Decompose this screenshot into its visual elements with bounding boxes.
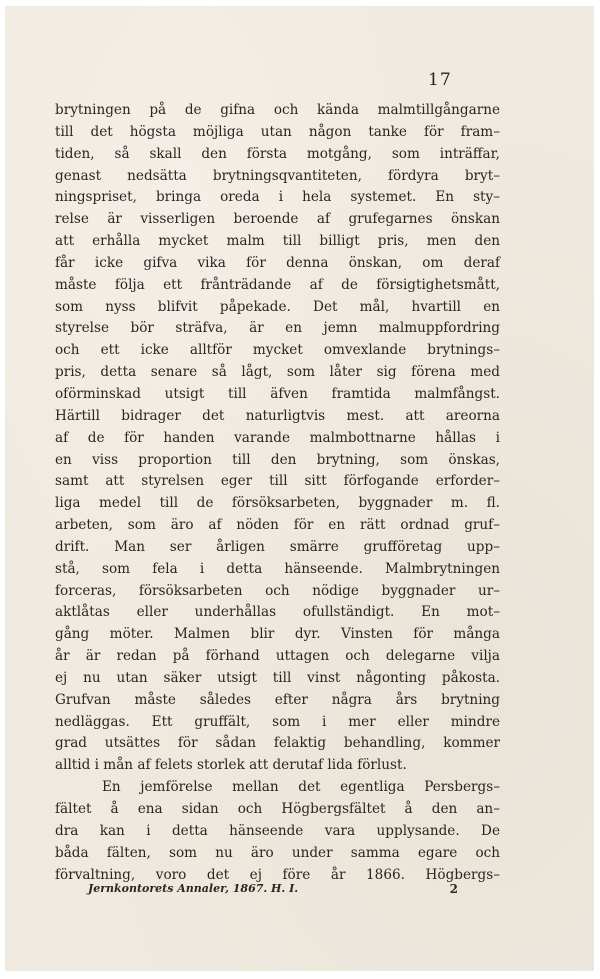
text-line: liga medel till de försöksarbeten, byggn… xyxy=(55,493,500,515)
text-line: alltid i mån af felets storlek att derut… xyxy=(55,755,500,777)
paragraph-1: brytningen på de gifna och kända malmtil… xyxy=(55,100,500,777)
text-line: dra kan i detta hänseende vara upplysand… xyxy=(55,821,500,843)
text-line: Grufvan måste således efter några års br… xyxy=(55,690,500,712)
text-line: oförminskad utsigt till äfven framtida m… xyxy=(55,384,500,406)
text-line: genast nedsätta brytningsqvantiteten, fö… xyxy=(55,166,500,188)
text-line: brytningen på de gifna och kända malmtil… xyxy=(55,100,500,122)
text-line: år är redan på förhand uttagen och deleg… xyxy=(55,646,500,668)
text-line: arbeten, som äro af nöden för en rätt or… xyxy=(55,515,500,537)
text-line: måste följa ett frånträdande af de försi… xyxy=(55,275,500,297)
text-line: drift. Man ser årligen smärre grufföreta… xyxy=(55,537,500,559)
text-line: får icke gifva vika för denna önskan, om… xyxy=(55,253,500,275)
page-number: 17 xyxy=(428,70,452,90)
signature-mark: 2 xyxy=(450,882,458,896)
text-line: En jemförelse mellan det egentliga Persb… xyxy=(55,777,500,799)
text-line: forceras, försöksarbeten och nödige bygg… xyxy=(55,581,500,603)
text-line: af de för handen varande malmbottnarne h… xyxy=(55,428,500,450)
text-line: tiden, så skall den första motgång, som … xyxy=(55,144,500,166)
body-text: brytningen på de gifna och kända malmtil… xyxy=(55,100,500,886)
text-line: gång möter. Malmen blir dyr. Vinsten för… xyxy=(55,624,500,646)
text-line: som nyss blifvit påpekade. Det mål, hvar… xyxy=(55,297,500,319)
journal-citation: Jernkontorets Annaler, 1867. H. I. xyxy=(88,882,298,895)
text-line: ningspriset, bringa oreda i hela systeme… xyxy=(55,187,500,209)
text-line: aktlåtas eller underhållas ofullständigt… xyxy=(55,602,500,624)
text-line: en viss proportion till den brytning, so… xyxy=(55,450,500,472)
text-line: relse är visserligen beroende af grufega… xyxy=(55,209,500,231)
text-line: nedläggas. Ett gruffält, som i mer eller… xyxy=(55,712,500,734)
page-footer: Jernkontorets Annaler, 1867. H. I. 2 xyxy=(88,882,458,895)
text-line: Härtill bidrager det naturligtvis mest. … xyxy=(55,406,500,428)
text-line: båda fälten, som nu äro under samma egar… xyxy=(55,843,500,865)
scanned-page: 17 brytningen på de gifna och kända malm… xyxy=(5,6,594,971)
text-line: fältet å ena sidan och Högbergsfältet å … xyxy=(55,799,500,821)
text-line: styrelse bör sträfva, är en jemn malmupp… xyxy=(55,318,500,340)
text-line: till det högsta möjliga utan någon tanke… xyxy=(55,122,500,144)
text-line: att erhålla mycket malm till billigt pri… xyxy=(55,231,500,253)
text-line: pris, detta senare så lågt, som låter si… xyxy=(55,362,500,384)
text-line: samt att styrelsen eger till sitt förfog… xyxy=(55,471,500,493)
paragraph-2: En jemförelse mellan det egentliga Persb… xyxy=(55,777,500,886)
text-line: stå, som fela i detta hänseende. Malmbry… xyxy=(55,559,500,581)
text-line: ej nu utan säker utsigt till vinst någon… xyxy=(55,668,500,690)
text-line: och ett icke alltför mycket omvexlande b… xyxy=(55,340,500,362)
text-line: grad utsättes för sådan felaktig behandl… xyxy=(55,733,500,755)
